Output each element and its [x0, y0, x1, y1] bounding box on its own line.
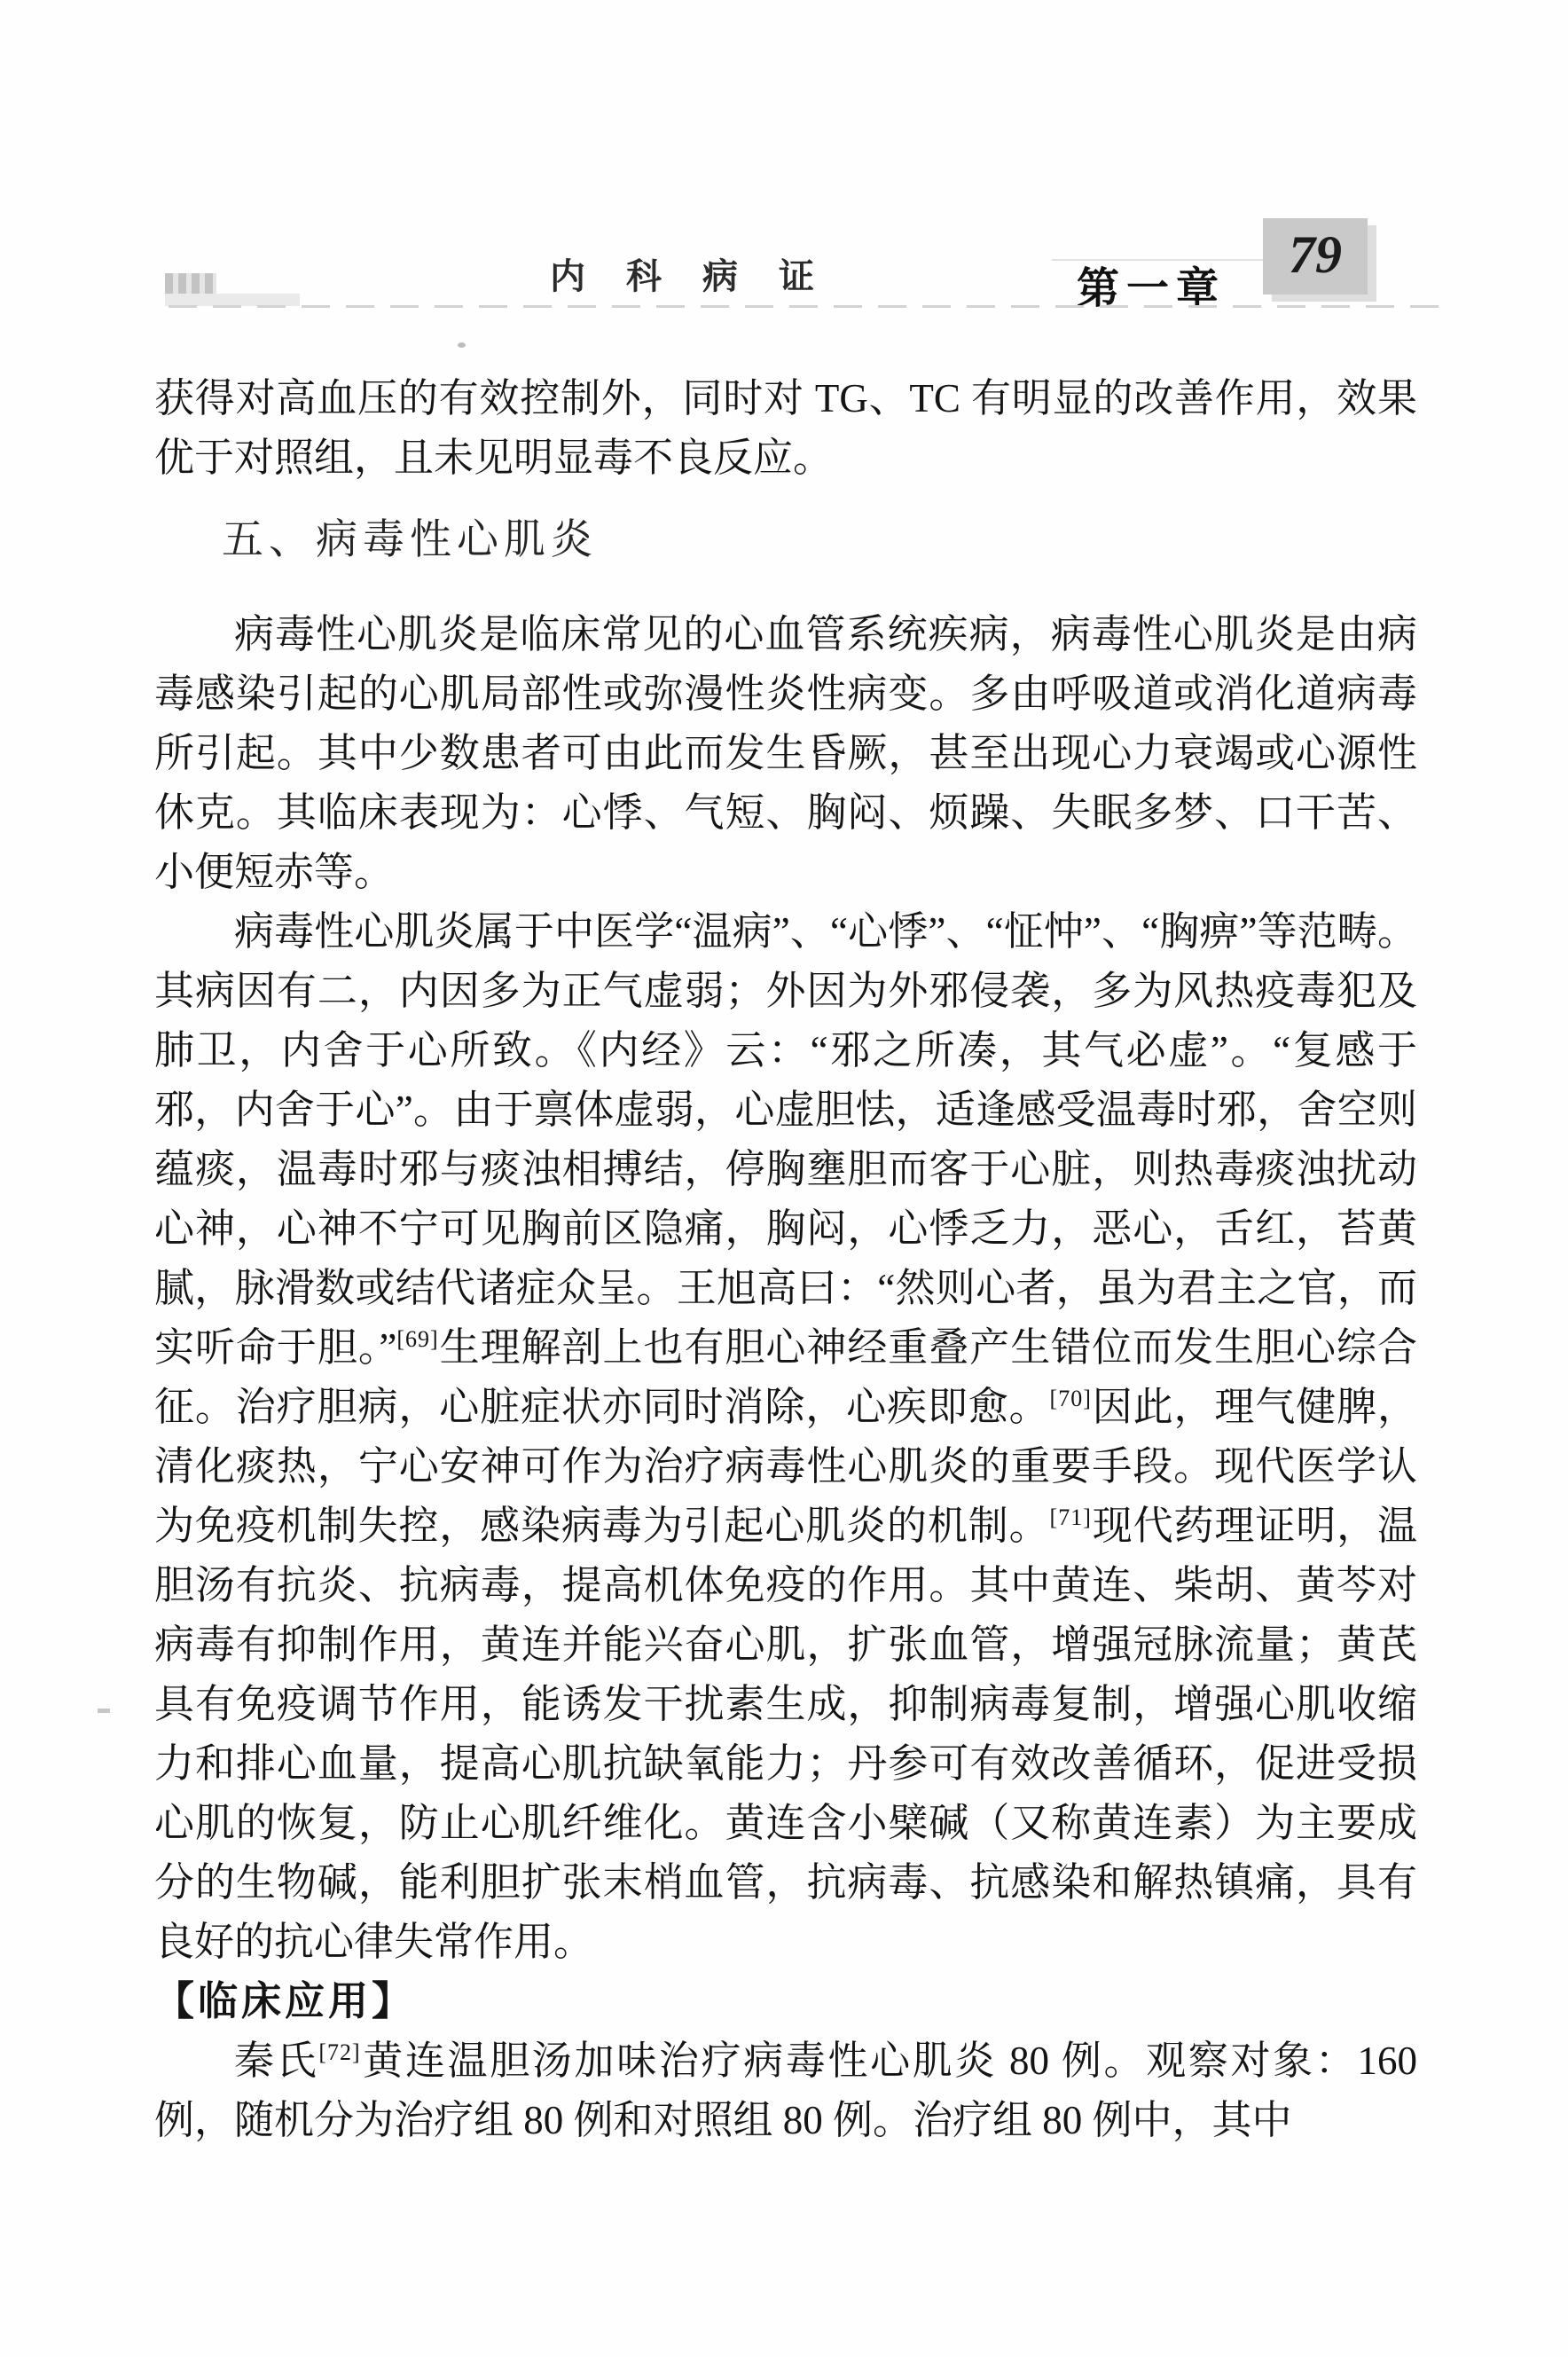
citation-ref: [69] — [396, 1326, 438, 1352]
page-body: 获得对高血压的有效控制外，同时对 TG、TC 有明显的改善作用，效果优于对照组，… — [154, 369, 1417, 2150]
page-number: 79 — [1289, 224, 1342, 286]
page-number-badge: 79 — [1263, 218, 1368, 295]
citation-ref: [71] — [1050, 1505, 1092, 1530]
paragraph-continuation: 获得对高血压的有效控制外，同时对 TG、TC 有明显的改善作用，效果优于对照组，… — [154, 369, 1417, 488]
scan-artifact-smudge-trail — [165, 294, 300, 306]
scan-artifact-dash — [98, 1709, 110, 1713]
section-heading-viral-myocarditis: 五、病毒性心肌炎 — [222, 515, 1417, 566]
clinical-application-heading: 【临床应用】 — [154, 1972, 1417, 2031]
paragraph-overview: 病毒性心肌炎是临床常见的心血管系统疾病，病毒性心肌炎是由病毒感染引起的心肌局部性… — [154, 605, 1417, 902]
citation-ref: [70] — [1050, 1386, 1092, 1411]
scan-artifact-dot — [458, 342, 466, 348]
scanned-book-page: 内科病证 第一章 79 获得对高血压的有效控制外，同时对 TG、TC 有明显的改… — [0, 0, 1568, 2357]
paragraph-tcm-theory: 病毒性心肌炎属于中医学“温病”、“心悸”、“怔忡”、“胸痹”等范畴。其病因有二，… — [154, 902, 1417, 1972]
running-title: 内科病证 — [550, 248, 855, 299]
paragraph-clinical-study: 秦氏[72]黄连温胆汤加味治疗病毒性心肌炎 80 例。观察对象：160 例，随机… — [154, 2031, 1417, 2150]
citation-ref: [72] — [318, 2039, 360, 2065]
header-dashed-rule — [169, 305, 1451, 308]
